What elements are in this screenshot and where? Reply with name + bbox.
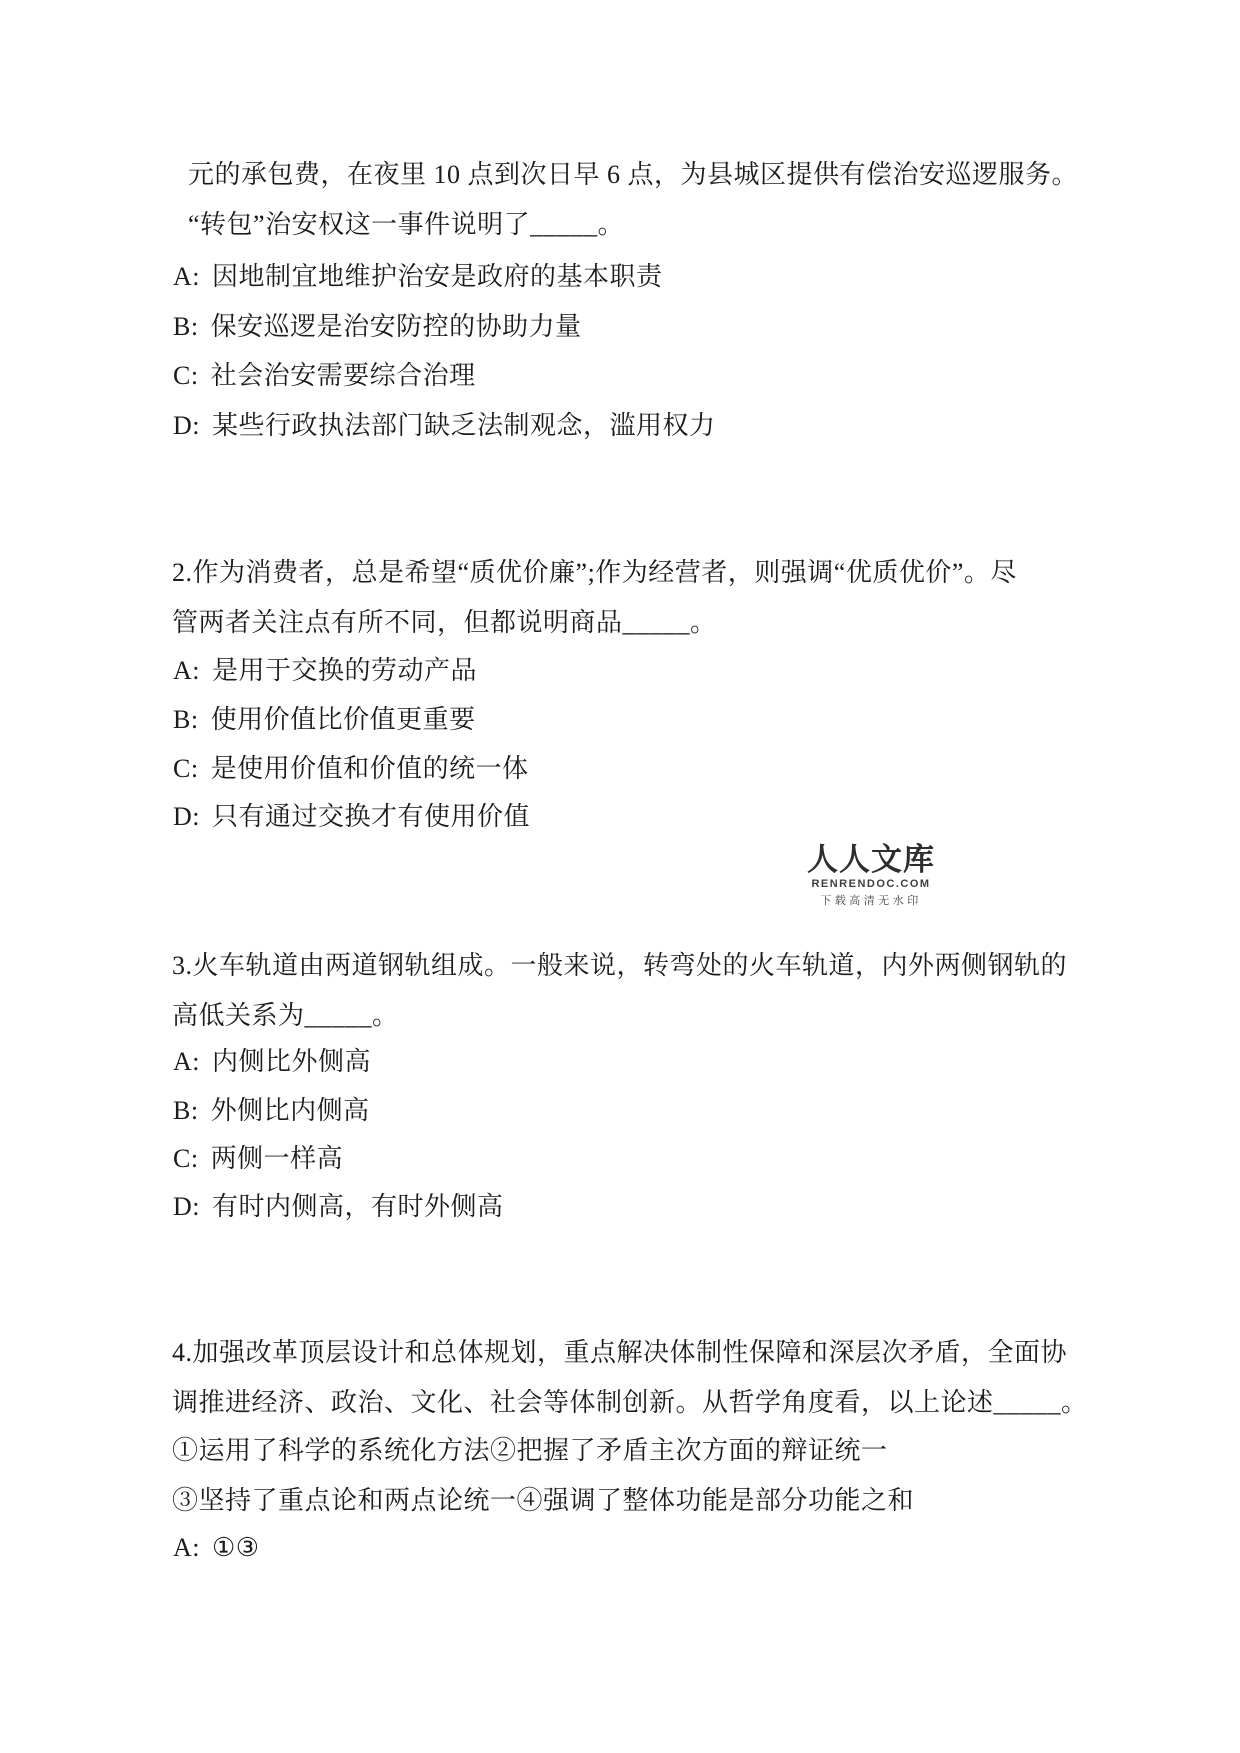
option-label: A: [173, 656, 200, 685]
option-label: A: [173, 1047, 200, 1076]
option-label: B: [173, 312, 199, 341]
option-label: A: [173, 262, 200, 291]
option-text: 因地制宜地维护治安是政府的基本职责 [212, 262, 663, 291]
question-3-option-d: D:有时内侧高，有时外侧高 [173, 1192, 504, 1222]
question-2-text-line-2: 管两者关注点有所不同，但都说明商品_____。 [172, 608, 717, 638]
question-3-text-line-1: 3.火车轨道由两道钢轨组成。一般来说，转弯处的火车轨道，内外两侧钢轨的 [172, 951, 1067, 981]
question-2-option-a: A:是用于交换的劳动产品 [173, 656, 477, 686]
option-label: D: [173, 802, 200, 831]
question-4-statements-line-1: ①运用了科学的系统化方法②把握了矛盾主次方面的辩证统一 [172, 1436, 888, 1466]
option-label: C: [173, 361, 199, 390]
option-label: B: [173, 1096, 199, 1125]
option-text: 外侧比内侧高 [211, 1096, 370, 1125]
question-1-option-d: D:某些行政执法部门缺乏法制观念，滥用权力 [173, 411, 716, 441]
option-text: 某些行政执法部门缺乏法制观念，滥用权力 [212, 411, 716, 440]
option-text: 两侧一样高 [211, 1144, 344, 1173]
watermark-logo-text: 人人文库 [804, 843, 938, 877]
question-4-statements-line-2: ③坚持了重点论和两点论统一④强调了整体功能是部分功能之和 [172, 1486, 914, 1516]
question-1-option-b: B:保安巡逻是治安防控的协助力量 [173, 312, 582, 342]
option-text: 是使用价值和价值的统一体 [211, 754, 529, 783]
question-3-option-b: B:外侧比内侧高 [173, 1096, 370, 1126]
renrendoc-watermark: 人人文库 RENRENDOC.COM 下载高清无水印 [804, 843, 938, 908]
option-text: 社会治安需要综合治理 [211, 361, 476, 390]
question-3-text-line-2: 高低关系为_____。 [172, 1001, 399, 1031]
question-1-text-line-2: “转包”治安权这一事件说明了_____。 [188, 210, 624, 240]
question-2-text-line-1: 2.作为消费者，总是希望“质优价廉”;作为经营者，则强调“优质优价”。尽 [172, 558, 1017, 588]
watermark-tagline: 下载高清无水印 [804, 892, 938, 908]
watermark-domain: RENRENDOC.COM [804, 878, 938, 890]
option-text: 内侧比外侧高 [212, 1047, 371, 1076]
option-text: 是用于交换的劳动产品 [212, 656, 477, 685]
question-4-text-line-1: 4.加强改革顶层设计和总体规划，重点解决体制性保障和深层次矛盾，全面协 [172, 1338, 1067, 1368]
option-label: C: [173, 1144, 199, 1173]
question-2-option-b: B:使用价值比价值更重要 [173, 705, 476, 735]
question-3-option-a: A:内侧比外侧高 [173, 1047, 371, 1077]
option-text: 只有通过交换才有使用价值 [212, 802, 530, 831]
question-1-option-c: C:社会治安需要综合治理 [173, 361, 476, 391]
question-1-text-line-1: 元的承包费，在夜里 10 点到次日早 6 点，为县城区提供有偿治安巡逻服务。 [188, 160, 1078, 190]
question-1-option-a: A:因地制宜地维护治安是政府的基本职责 [173, 262, 663, 292]
question-3-option-c: C:两侧一样高 [173, 1144, 343, 1174]
option-text: 使用价值比价值更重要 [211, 705, 476, 734]
option-label: C: [173, 754, 199, 783]
option-label: D: [173, 1192, 200, 1221]
option-label: B: [173, 705, 199, 734]
option-label: D: [173, 411, 200, 440]
option-text: 有时内侧高，有时外侧高 [212, 1192, 504, 1221]
question-2-option-c: C:是使用价值和价值的统一体 [173, 754, 529, 784]
question-2-option-d: D:只有通过交换才有使用价值 [173, 802, 530, 832]
option-label: A: [173, 1533, 200, 1562]
option-text: 保安巡逻是治安防控的协助力量 [211, 312, 582, 341]
question-4-text-line-2: 调推进经济、政治、文化、社会等体制创新。从哲学角度看，以上论述_____。 [172, 1388, 1088, 1418]
document-page: 元的承包费，在夜里 10 点到次日早 6 点，为县城区提供有偿治安巡逻服务。 “… [0, 0, 1240, 1753]
option-text: ①③ [212, 1533, 260, 1562]
question-4-option-a: A:①③ [173, 1533, 260, 1563]
